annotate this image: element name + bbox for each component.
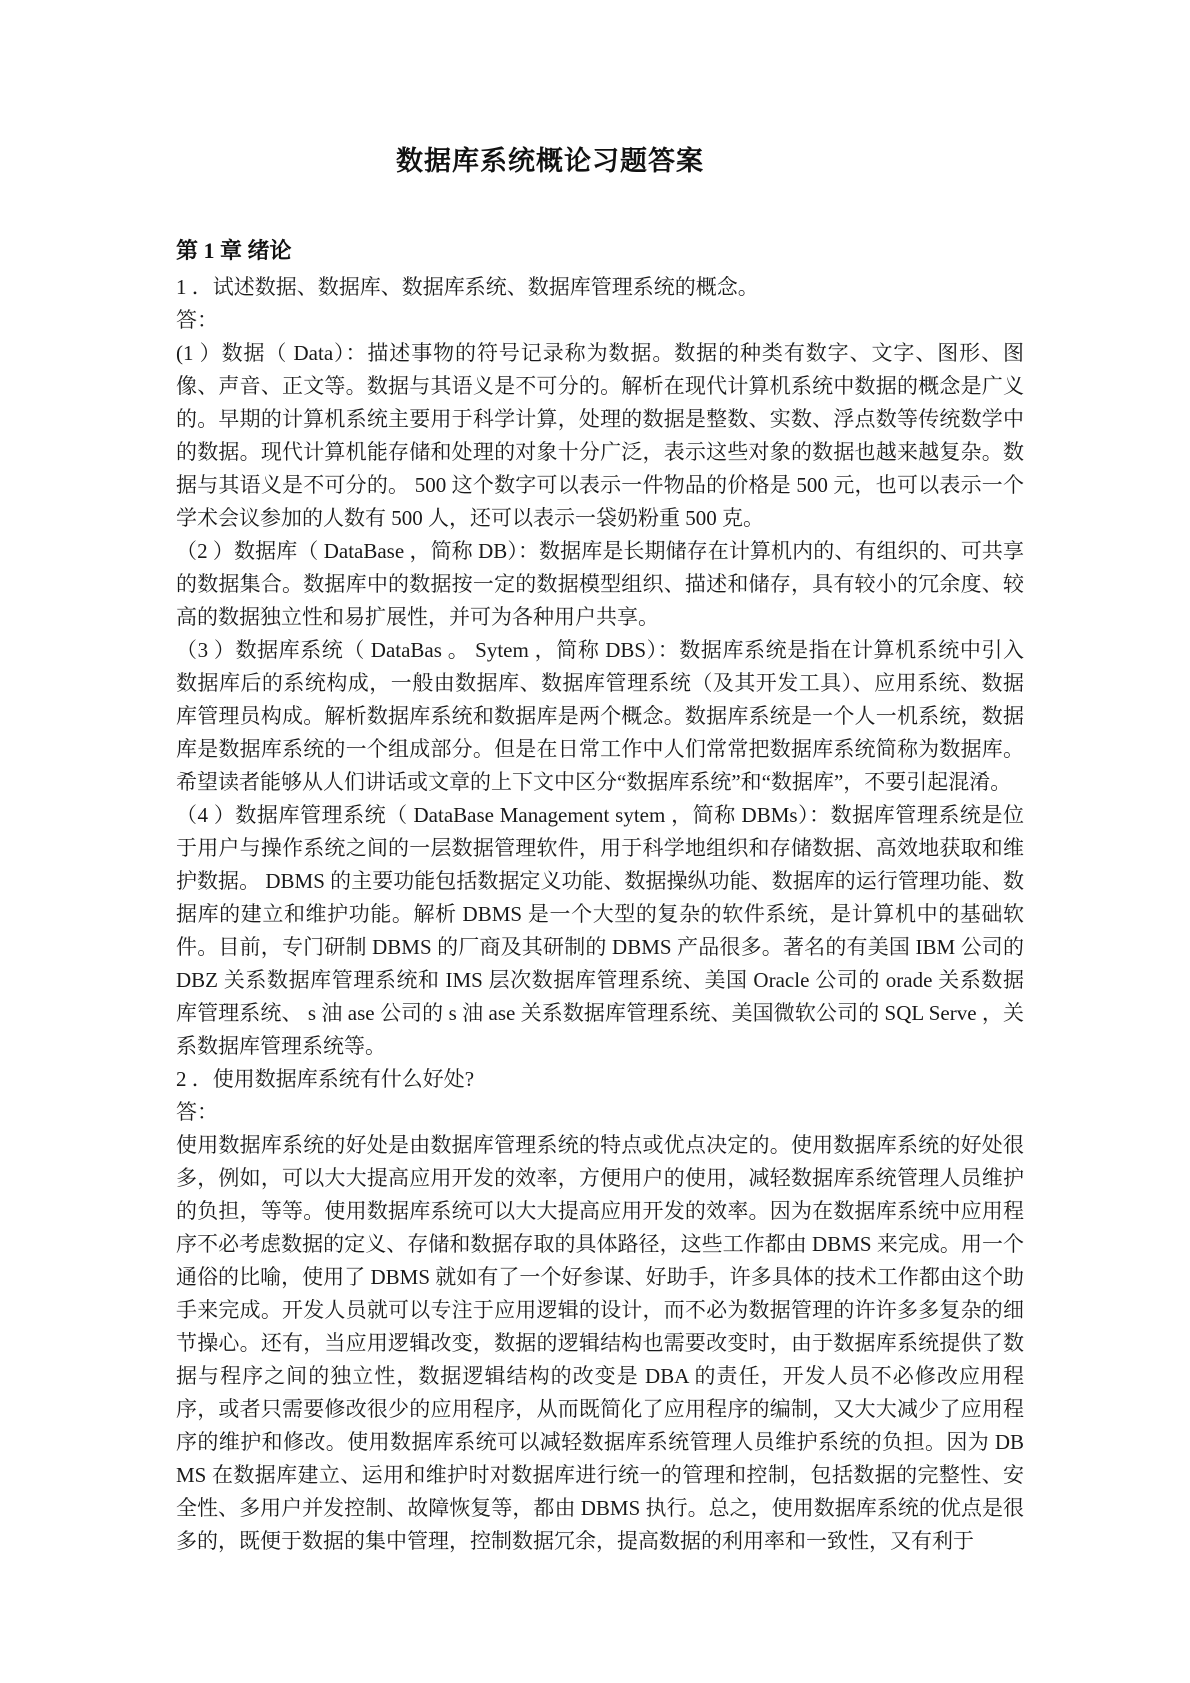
answer-2-paragraph: 使用数据库系统的好处是由数据库管理系统的特点或优点决定的。使用数据库系统的好处很…	[176, 1129, 1024, 1558]
definition-dbms-paragraph: （4 ）数据库管理系统（ DataBase Management sytem ，…	[176, 799, 1024, 1063]
answer-label-2: 答：	[176, 1096, 1024, 1129]
answer-label-1: 答：	[176, 304, 1024, 337]
document-content: 数据库系统概论习题答案 第 1 章 绪论 1 ．试述数据、数据库、数据库系统、数…	[176, 0, 1024, 1558]
document-title: 数据库系统概论习题答案	[126, 0, 974, 181]
document-page: 数据库系统概论习题答案 第 1 章 绪论 1 ．试述数据、数据库、数据库系统、数…	[0, 0, 1190, 1683]
chapter-heading: 第 1 章 绪论	[176, 237, 1024, 265]
question-2: 2 ．使用数据库系统有什么好处?	[176, 1063, 1024, 1096]
definition-database-paragraph: （2 ）数据库（ DataBase ，简称 DB）：数据库是长期储存在计算机内的…	[176, 535, 1024, 634]
definition-database-system-paragraph: （3 ）数据库系统（ DataBas 。 Sytem ，简称 DBS）：数据库系…	[176, 634, 1024, 799]
definition-data-paragraph: (1 ）数据（ Data）：描述事物的符号记录称为数据。数据的种类有数字、文字、…	[176, 337, 1024, 535]
question-1: 1 ．试述数据、数据库、数据库系统、数据库管理系统的概念。	[176, 271, 1024, 304]
